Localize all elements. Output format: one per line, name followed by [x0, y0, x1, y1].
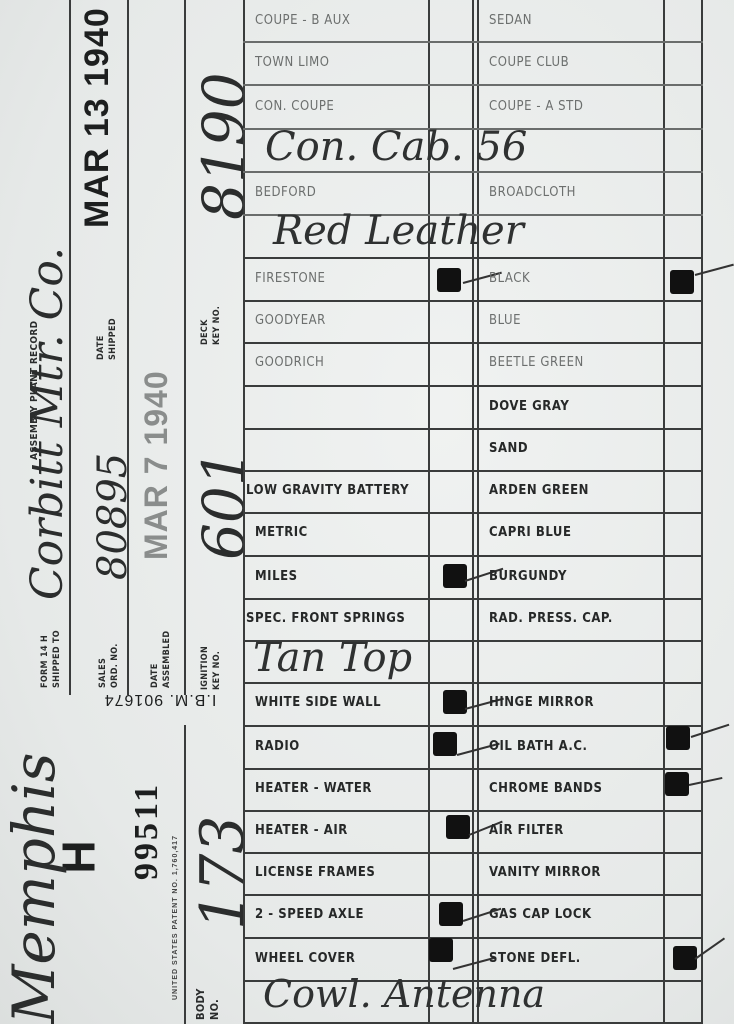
- strip-divider: [127, 0, 129, 695]
- date-shipped-label-1: DATE: [96, 335, 106, 360]
- ibm-number: I.B.M. 901674: [85, 690, 235, 708]
- option-label: VANITY MIRROR: [489, 865, 601, 880]
- grid-row: SAND: [243, 428, 703, 470]
- checked-mark-icon: [670, 270, 694, 294]
- checked-mark-icon: [439, 902, 463, 926]
- deck-key-label-1: DECK: [200, 319, 210, 345]
- checked-mark-icon: [443, 564, 467, 588]
- option-label: COUPE - B AUX: [255, 13, 350, 28]
- option-label: BEETLE GREEN: [489, 355, 584, 370]
- strip-divider: [184, 0, 186, 695]
- date-shipped-stamp: MAR 13 1940: [78, 7, 117, 228]
- grid-row: HEATER - AIR AIR FILTER: [243, 810, 703, 852]
- option-label: FIRESTONE: [255, 271, 325, 286]
- option-label: BLUE: [489, 313, 521, 328]
- option-label: BLACK: [489, 271, 530, 286]
- checked-mark-icon: [665, 772, 689, 796]
- grid-row: COUPE - B AUX SEDAN: [243, 0, 703, 42]
- deck-key-label-2: KEY NO.: [212, 306, 222, 345]
- option-label: WHEEL COVER: [255, 951, 355, 966]
- option-label: GAS CAP LOCK: [489, 907, 592, 922]
- option-label: HEATER - AIR: [255, 823, 348, 838]
- option-label: BEDFORD: [255, 185, 316, 200]
- grid-row: GOODYEAR BLUE: [243, 300, 703, 342]
- option-label: 2 - SPEED AXLE: [255, 907, 364, 922]
- option-label: BURGUNDY: [489, 569, 567, 584]
- grid-row: LOW GRAVITY BATTERY ARDEN GREEN: [243, 470, 703, 512]
- grid-row: 2 - SPEED AXLE GAS CAP LOCK: [243, 894, 703, 936]
- option-label: GOODYEAR: [255, 313, 326, 328]
- option-label: CAPRI BLUE: [489, 525, 572, 540]
- option-label: RAD. PRESS. CAP.: [489, 611, 613, 626]
- handwritten-body-type: Con. Cab. 56: [265, 124, 527, 170]
- handwritten-upholstery: Red Leather: [273, 208, 524, 254]
- option-label: CHROME BANDS: [489, 781, 602, 796]
- date-assembled-label-2: ASSEMBLED: [162, 631, 172, 688]
- checked-mark-icon: [443, 690, 467, 714]
- sales-ord-label-2: ORD. NO.: [110, 643, 120, 688]
- option-label: HINGE MIRROR: [489, 695, 594, 710]
- sales-ord-value: 80895: [90, 453, 136, 580]
- handwritten-top-color: Tan Top: [253, 635, 412, 681]
- option-label: COUPE - A STD: [489, 99, 583, 114]
- option-label: SPEC. FRONT SPRINGS: [246, 611, 405, 626]
- option-label: STONE DEFL.: [489, 951, 581, 966]
- option-label: TOWN LIMO: [255, 55, 330, 70]
- checked-mark-icon: [437, 268, 461, 292]
- option-label: COUPE CLUB: [489, 55, 569, 70]
- option-label: AIR FILTER: [489, 823, 564, 838]
- grid-row: TOWN LIMO COUPE CLUB: [243, 42, 703, 84]
- checked-mark-icon: [446, 815, 470, 839]
- grid-row: FIRESTONE BLACK: [243, 258, 703, 300]
- body-no-label-2: NO.: [210, 999, 220, 1020]
- grid-row: SPEC. FRONT SPRINGS RAD. PRESS. CAP.: [243, 598, 703, 640]
- option-label: ARDEN GREEN: [489, 483, 589, 498]
- date-assembled-label-1: DATE: [150, 663, 160, 688]
- option-label: METRIC: [255, 525, 308, 540]
- grid-row: METRIC CAPRI BLUE: [243, 512, 703, 554]
- handwritten-extra-option: Cowl. Antenna: [263, 972, 545, 1016]
- grid-row: HEATER - WATER CHROME BANDS: [243, 768, 703, 810]
- grid-row: CON. COUPE COUPE - A STD: [243, 86, 703, 128]
- checked-mark-icon: [433, 732, 457, 756]
- option-label: WHITE SIDE WALL: [255, 695, 381, 710]
- option-label: OIL BATH A.C.: [489, 739, 588, 754]
- ignition-key-label-2: KEY NO.: [212, 651, 222, 690]
- grid-row: RADIO OIL BATH A.C.: [243, 726, 703, 768]
- checked-mark-icon: [429, 938, 453, 962]
- destination-handwritten: Memphis: [0, 752, 68, 1024]
- sales-ord-label-1: SALES: [98, 658, 108, 688]
- option-label: RADIO: [255, 739, 300, 754]
- option-label: CON. COUPE: [255, 99, 334, 114]
- checked-mark-icon: [666, 726, 690, 750]
- option-label: DOVE GRAY: [489, 399, 569, 414]
- shipped-to-label: SHIPPED TO: [52, 630, 62, 688]
- serial-number: 99511: [128, 782, 166, 880]
- grid-row: DOVE GRAY: [243, 386, 703, 428]
- ignition-key-label-1: IGNITION: [200, 646, 210, 690]
- assembly-plant-record-card: ASSEMBLY PLANT RECORD FORM 14 H SHIPPED …: [0, 0, 734, 1024]
- option-label: BROADCLOTH: [489, 185, 576, 200]
- form-number: FORM 14 H: [40, 635, 50, 688]
- patent-number: UNITED STATES PATENT NO. 1,760,417: [172, 835, 179, 1000]
- option-label: LOW GRAVITY BATTERY: [246, 483, 409, 498]
- grid-row: MILES BURGUNDY: [243, 556, 703, 598]
- option-label: MILES: [255, 569, 298, 584]
- shipped-to-value: Corbitt Mtr. Co.: [22, 247, 73, 600]
- date-assembled-stamp: MAR 7 1940: [138, 370, 175, 560]
- grid-row: LICENSE FRAMES VANITY MIRROR: [243, 852, 703, 894]
- option-label: SEDAN: [489, 13, 532, 28]
- option-label: HEATER - WATER: [255, 781, 372, 796]
- grid-row: GOODRICH BEETLE GREEN: [243, 342, 703, 384]
- date-shipped-label-2: SHIPPED: [108, 318, 118, 360]
- option-label: SAND: [489, 441, 528, 456]
- grid-row: WHITE SIDE WALL HINGE MIRROR: [243, 682, 703, 724]
- option-label: GOODRICH: [255, 355, 324, 370]
- body-no-label-1: BODY: [196, 988, 206, 1020]
- options-grid: COUPE - B AUX SEDAN TOWN LIMO COUPE CLUB…: [243, 0, 703, 1024]
- patent-divider: [184, 725, 186, 1024]
- option-label: LICENSE FRAMES: [255, 865, 375, 880]
